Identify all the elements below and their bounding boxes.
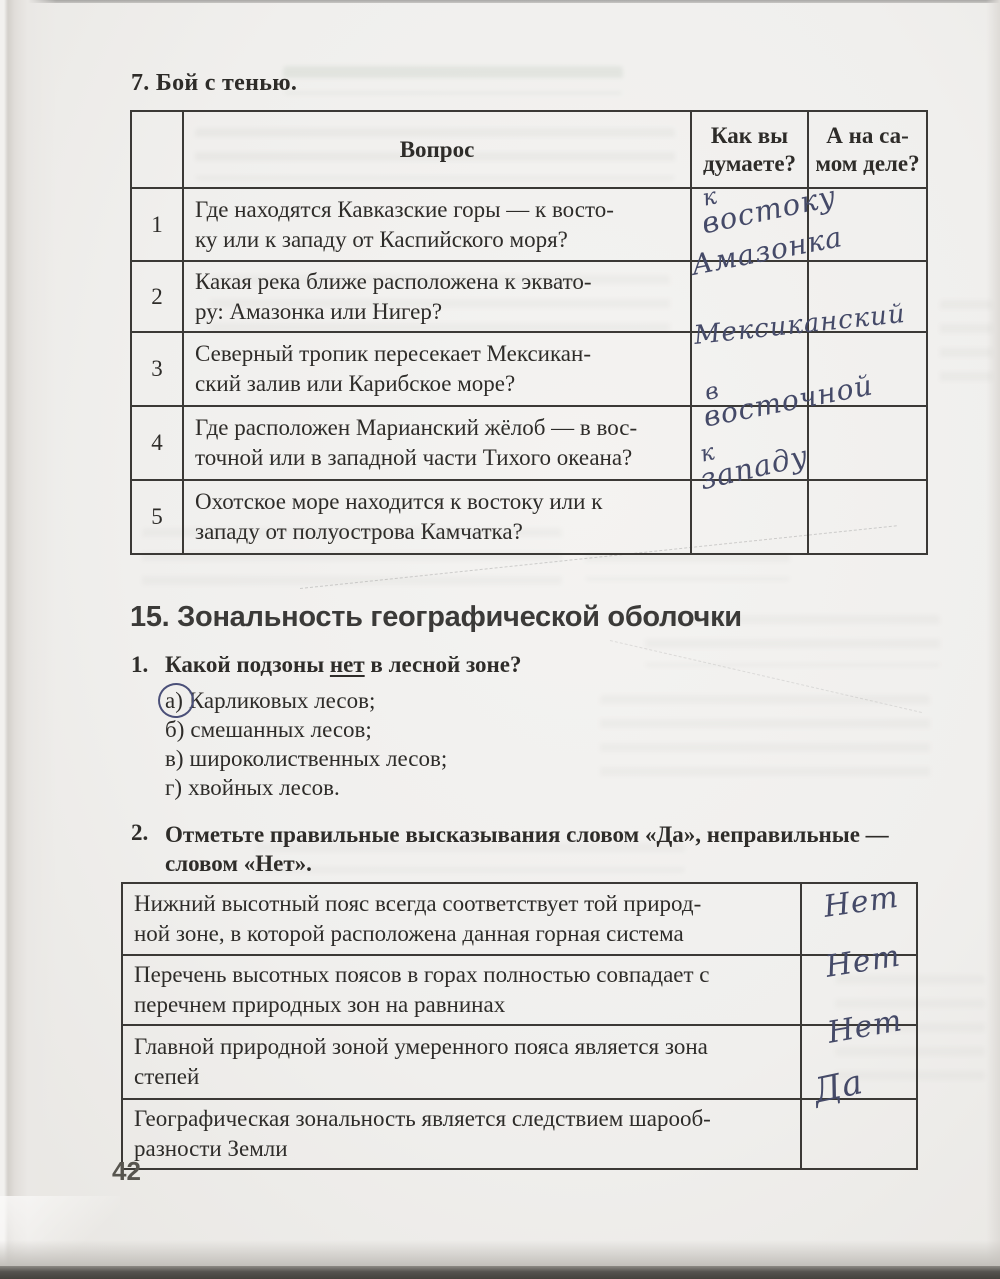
- question-cell: Где расположен Марианский жёлоб — в вос-…: [183, 406, 691, 480]
- bleed-through-artifact: [283, 66, 623, 94]
- scan-top-edge: [0, 0, 1000, 3]
- bleed-through-artifact: [940, 300, 992, 386]
- option-b-label: б): [165, 717, 184, 742]
- question-number: 2.: [131, 820, 165, 846]
- yes-no-table: Нижний высотный пояс всегда соответствуе…: [121, 882, 918, 1170]
- options-list: а)Карликовых лесов; б)смешанных лесов; в…: [165, 686, 941, 802]
- fact-answer-cell: [808, 406, 927, 480]
- row-number: 1: [131, 188, 183, 261]
- question-1-title: 1.Какой подзоны нет в лесной зоне?: [131, 650, 941, 679]
- scanned-workbook-page: 7. Бой с тенью. Вопрос Как вы думаете? А…: [0, 0, 1000, 1279]
- question-1-block: 1.Какой подзоны нет в лесной зоне? а)Кар…: [131, 650, 941, 802]
- book-spine-shadow: [0, 0, 56, 1279]
- section15-heading: 15. Зональность географической оболочки: [130, 601, 742, 634]
- question-cell: Охотское море находится к востоку или к …: [183, 480, 691, 554]
- scan-bottom-edge: [0, 1266, 1000, 1279]
- table-row: Географическая зональность является след…: [122, 1099, 917, 1169]
- option-g-label: г): [165, 775, 182, 800]
- page-right-edge-shade: [986, 0, 1000, 1279]
- table-row: 5 Охотское море находится к востоку или …: [131, 480, 927, 554]
- row-number: 3: [131, 332, 183, 406]
- handwritten-answer: Да: [811, 1068, 866, 1106]
- statement-cell: Географическая зональность является след…: [122, 1099, 801, 1169]
- option-g: г)хвойных лесов.: [165, 773, 941, 802]
- option-a-label-circled: а): [165, 686, 183, 715]
- table-row: Главной природной зоной умеренного пояса…: [122, 1025, 917, 1099]
- page-number: 42: [112, 1156, 141, 1187]
- question-2-block: 2. Отметьте правильные высказывания слов…: [131, 820, 941, 878]
- option-a: а)Карликовых лесов;: [165, 686, 941, 715]
- option-v-label: в): [165, 746, 184, 771]
- option-b: б)смешанных лесов;: [165, 715, 941, 744]
- section7-heading: 7. Бой с тенью.: [131, 70, 297, 97]
- question-2-title: Отметьте правильные высказывания словом …: [165, 820, 935, 878]
- question-number: 1.: [131, 650, 165, 679]
- row-number: 4: [131, 406, 183, 480]
- option-v: в)широколиственных лесов;: [165, 744, 941, 773]
- question-cell: Северный тропик пересекает Мексикан- ски…: [183, 332, 691, 406]
- statement-cell: Перечень высотных поясов в горах полност…: [122, 955, 801, 1025]
- statement-cell: Нижний высотный пояс всегда соответствуе…: [122, 883, 801, 955]
- fact-answer-cell: [808, 480, 927, 554]
- table-row: Перечень высотных поясов в горах полност…: [122, 955, 917, 1025]
- header-question: Вопрос: [183, 111, 691, 188]
- scan-bottom-shade: [0, 1240, 1000, 1266]
- row-number: 2: [131, 261, 183, 332]
- bleed-through-artifact: [585, 553, 790, 581]
- row-number: 5: [131, 480, 183, 554]
- table-row: Нижний высотный пояс всегда соответствуе…: [122, 883, 917, 955]
- question-cell: Где находятся Кавказские горы — к восто-…: [183, 188, 691, 261]
- statement-cell: Главной природной зоной умеренного пояса…: [122, 1025, 801, 1099]
- header-number-cell: [131, 111, 183, 188]
- underlined-word: нет: [330, 652, 365, 677]
- question-cell: Какая река ближе расположена к эквато- р…: [183, 261, 691, 332]
